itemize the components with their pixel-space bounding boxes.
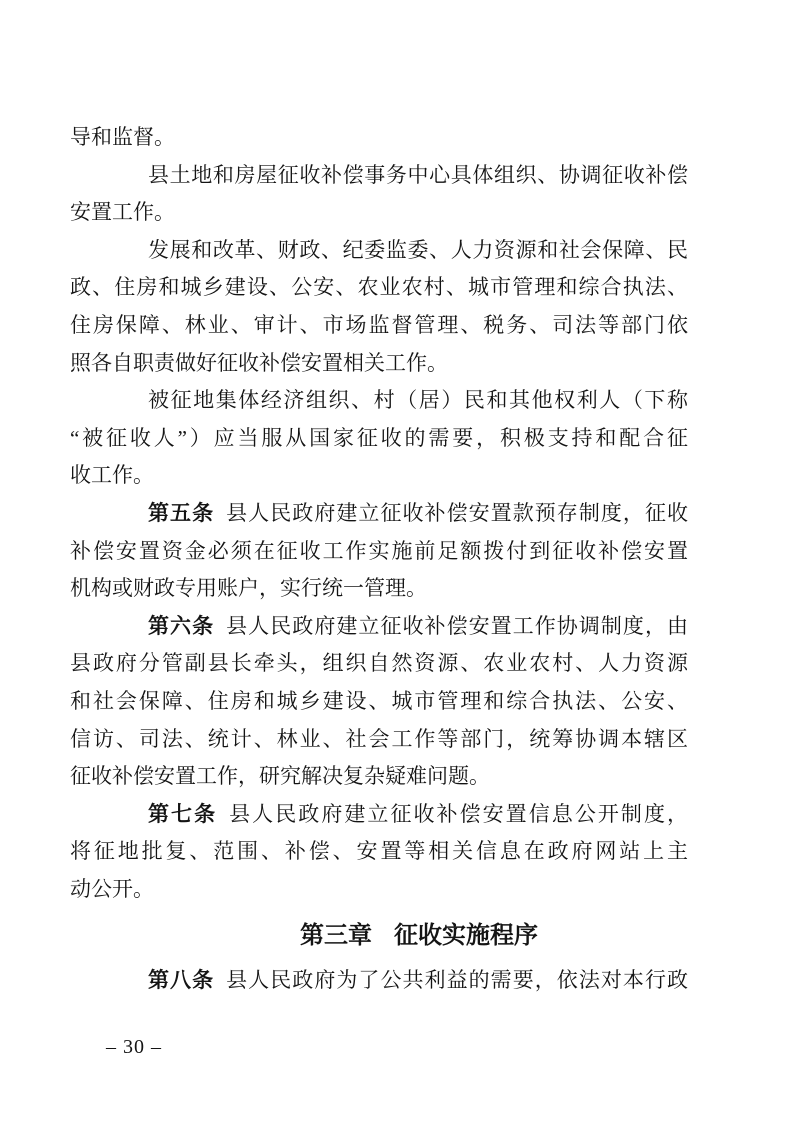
article-line: 第八条县人民政府为了公共利益的需要，依法对本行政 xyxy=(70,962,688,1000)
document-line: 照各自职责做好征收补偿安置相关工作。 xyxy=(70,345,688,383)
article-number: 第七条 xyxy=(148,803,217,826)
document-line: 补偿安置资金必须在征收工作实施前足额拨付到征收补偿安置 xyxy=(70,533,688,571)
document-line: “被征收人”）应当服从国家征收的需要，积极支持和配合征 xyxy=(70,420,688,458)
page-number: – 30 – xyxy=(106,1036,162,1059)
chapter-heading: 第三章征收实施程序 xyxy=(70,916,688,956)
document-line: 征收补偿安置工作，研究解决复杂疑难问题。 xyxy=(70,758,688,796)
document-line: 将征地批复、范围、补偿、安置等相关信息在政府网站上主 xyxy=(70,833,688,871)
document-line: 信访、司法、统计、林业、社会工作等部门，统筹协调本辖区 xyxy=(70,721,688,759)
chapter-number: 第三章 xyxy=(300,922,372,949)
document-line: 机构或财政专用账户，实行统一管理。 xyxy=(70,570,688,608)
document-page: 导和监督。县土地和房屋征收补偿事务中心具体组织、协调征收补偿安置工作。发展和改革… xyxy=(0,0,793,1122)
document-line: 收工作。 xyxy=(70,457,688,495)
article-number: 第八条 xyxy=(148,969,214,992)
document-line: 动公开。 xyxy=(70,871,688,909)
body-paragraph-lines: 导和监督。县土地和房屋征收补偿事务中心具体组织、协调征收补偿安置工作。发展和改革… xyxy=(70,119,688,908)
document-text-block: 导和监督。县土地和房屋征收补偿事务中心具体组织、协调征收补偿安置工作。发展和改革… xyxy=(70,119,688,1000)
document-line: 县土地和房屋征收补偿事务中心具体组织、协调征收补偿 xyxy=(70,157,688,195)
document-line: 被征地集体经济组织、村（居）民和其他权利人（下称 xyxy=(70,382,688,420)
document-line: 和社会保障、住房和城乡建设、城市管理和综合执法、公安、 xyxy=(70,683,688,721)
document-line: 县政府分管副县长牵头，组织自然资源、农业农村、人力资源 xyxy=(70,645,688,683)
article-line: 第六条县人民政府建立征收补偿安置工作协调制度，由 xyxy=(70,608,688,646)
article-number: 第五条 xyxy=(148,502,214,525)
document-line: 发展和改革、财政、纪委监委、人力资源和社会保障、民 xyxy=(70,232,688,270)
document-line: 住房保障、林业、审计、市场监督管理、税务、司法等部门依 xyxy=(70,307,688,345)
document-line: 安置工作。 xyxy=(70,194,688,232)
chapter-title: 征收实施程序 xyxy=(394,922,538,949)
article-line: 第五条县人民政府建立征收补偿安置款预存制度，征收 xyxy=(70,495,688,533)
after-chapter-lines: 第八条县人民政府为了公共利益的需要，依法对本行政 xyxy=(70,962,688,1000)
document-line: 政、住房和城乡建设、公安、农业农村、城市管理和综合执法、 xyxy=(70,269,688,307)
article-line: 第七条县人民政府建立征收补偿安置信息公开制度， xyxy=(70,796,688,834)
document-line: 导和监督。 xyxy=(70,119,688,157)
article-number: 第六条 xyxy=(148,615,214,638)
